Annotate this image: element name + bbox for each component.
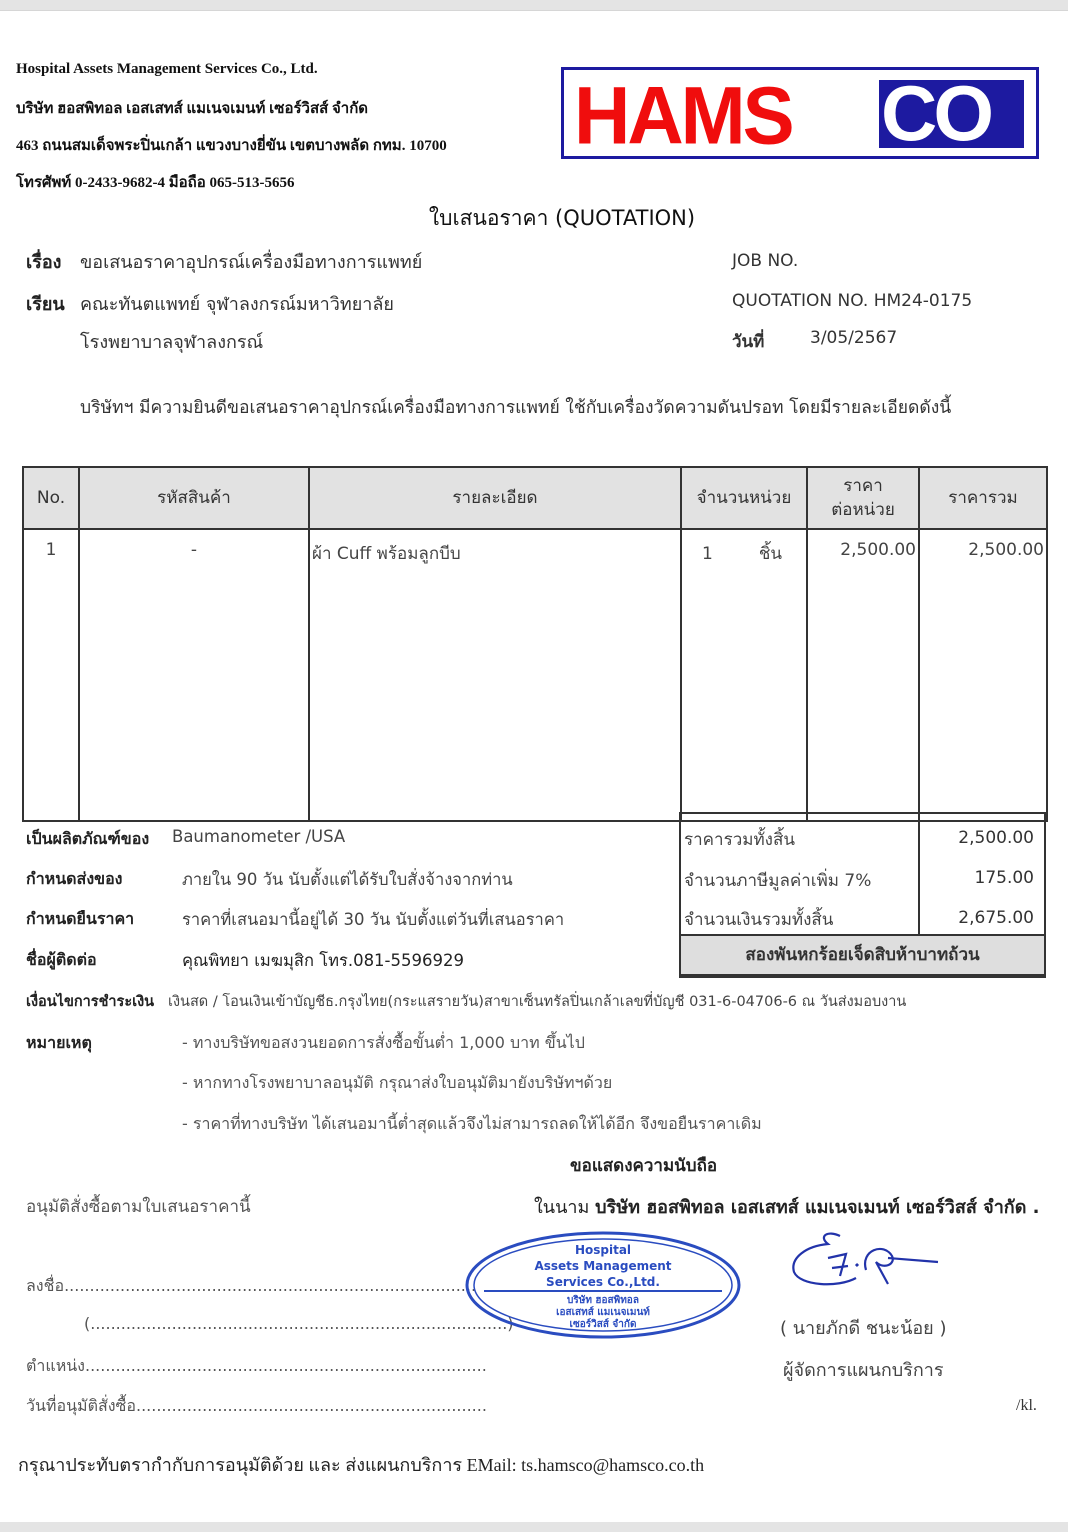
stamp-line-4: บริษัท ฮอสพิทอล [567,1294,639,1306]
qty-value: 1 [702,544,713,564]
subtotal-value: 2,500.00 [958,828,1034,848]
payment-label: เงื่อนไขการชำระเงิน [26,990,154,1013]
viewer-top-bar [0,0,1068,11]
cell-unit-price: 2,500.00 [807,529,919,821]
cell-no: 1 [23,529,79,821]
col-header-qty: จำนวนหน่วย [681,467,807,529]
company-address: 463 ถนนสมเด็จพระปิ่นเกล้า แขวงบางยี่ขัน … [16,133,447,157]
name-line: (.......................................… [84,1314,514,1333]
cell-desc: ผ้า Cuff พร้อมลูกบีบ [309,529,681,821]
totals-divider [918,814,920,934]
logo-blue-block: CO [879,80,1024,148]
document-title: ใบเสนอราคา (QUOTATION) [0,202,1068,235]
validity-label: กำหนดยืนราคา [26,907,134,932]
vat-value: 175.00 [975,868,1034,888]
subject-label: เรื่อง [26,247,61,276]
date-value: 3/05/2567 [810,328,897,348]
signer-position: ผู้จัดการแผนกบริการ [783,1355,944,1384]
contact-label: ชื่อผู้ติดต่อ [26,948,97,973]
date-label: วันที่ [732,328,764,355]
handwritten-signature-icon [788,1228,948,1298]
company-name-th: บริษัท ฮอสพิทอล เอสเสทส์ แมเนจเมนท์ เซอร… [16,96,368,120]
payment-value: เงินสด / โอนเงินเข้าบัญชีธ.กรุงไทย(กระแส… [168,990,906,1013]
brand-label: เป็นผลิตภัณฑ์ของ [26,827,149,852]
logo-blue-text: CO [881,74,990,152]
approval-date-line: วันที่อนุมัติสั่งซื้อ...................… [26,1394,487,1419]
col-header-total: ราคารวม [919,467,1047,529]
totals-box: ราคารวมทั้งสิ้น 2,500.00 จำนวนภาษีมูลค่า… [679,812,1046,978]
notes-label: หมายเหตุ [26,1031,92,1056]
table-header-row: No. รหัสสินค้า รายละเอียด จำนวนหน่วย ราค… [23,467,1047,529]
col-header-code: รหัสสินค้า [79,467,309,529]
on-behalf-company: บริษัท ฮอสพิทอล เอสเสทส์ แมเนจเมนท์ เซอร… [595,1197,1039,1218]
vat-label: จำนวนภาษีมูลค่าเพิ่ม 7% [684,867,871,894]
viewer-bottom-bar [0,1522,1068,1532]
logo-red-text: HAMS [574,74,792,156]
sign-line: ลงชื่อ..................................… [26,1274,476,1299]
footer-note: กรุณาประทับตรากำกับการอนุมัติด้วย และ ส่… [18,1450,704,1479]
to-label: เรียน [26,289,65,318]
grand-total-value: 2,675.00 [958,908,1034,928]
on-behalf-prefix: ในนาม [534,1197,589,1218]
contact-value: คุณพิทยา เมฆมุสิก โทร.081-5596929 [182,948,464,974]
stamp-line-2: Assets Management [534,1259,671,1273]
amount-in-words: สองพันหกร้อยเจ็ดสิบห้าบาทถ้วน [681,934,1044,976]
subtotal-label: ราคารวมทั้งสิ้น [684,826,795,853]
note-item-2: - หากทางโรงพยาบาลอนุมัติ กรุณาส่งใบอนุมั… [182,1071,612,1096]
position-line: ตำแหน่ง.................................… [26,1354,487,1379]
company-phone: โทรศัพท์ 0-2433-9682-4 มือถือ 065-513-56… [16,170,295,194]
cell-total: 2,500.00 [919,529,1047,821]
qty-unit: ชิ้น [759,540,782,567]
unit-price-header-line2: ต่อหน่วย [831,500,895,520]
on-behalf: ในนาม บริษัท ฮอสพิทอล เอสเสทส์ แมเนจเมนท… [534,1192,1040,1221]
signer-name: ( นายภักดี ชนะน้อย ) [780,1313,946,1342]
company-stamp-icon: Hospital Assets Management Services Co.,… [464,1230,742,1340]
unit-price-header-line1: ราคา [843,476,883,496]
validity-value: ราคาที่เสนอมานี้อยู่ได้ 30 วัน นับตั้งแต… [182,907,564,933]
hamsco-logo: HAMS CO [561,67,1039,159]
intro-text: บริษัทฯ มีความยินดีขอเสนอราคาอุปกรณ์เครื… [80,393,951,421]
col-header-no: No. [23,467,79,529]
typist-initials: /kl. [1016,1397,1037,1415]
note-item-3: - ราคาที่ทางบริษัท ได้เสนอมานี้ต่ำสุดแล้… [182,1112,762,1137]
company-name-en: Hospital Assets Management Services Co.,… [16,61,318,78]
stamp-line-1: Hospital [575,1243,631,1257]
delivery-value: ภายใน 90 วัน นับตั้งแต่ได้รับใบสั่งจ้างจ… [182,867,513,893]
stamp-line-3: Services Co.,Ltd. [546,1275,660,1289]
stamp-line-5: เอสเสทส์ แมเนจเมนท์ [556,1306,650,1318]
cell-qty: 1ชิ้น [681,529,807,821]
grand-total-label: จำนวนเงินรวมทั้งสิ้น [684,906,833,933]
regards-text: ขอแสดงความนับถือ [570,1152,717,1179]
items-table: No. รหัสสินค้า รายละเอียด จำนวนหน่วย ราค… [22,466,1048,822]
col-header-desc: รายละเอียด [309,467,681,529]
quotation-no: QUOTATION NO. HM24-0175 [732,291,972,311]
note-item-1: - ทางบริษัทขอสงวนยอดการสั่งซื้อขั้นต่ำ 1… [182,1031,585,1056]
to-line-1: คณะทันตแพทย์ จุฬาลงกรณ์มหาวิทยาลัย [80,289,394,318]
stamp-line-6: เซอร์วิสส์ จำกัด [570,1318,637,1330]
cell-code: - [79,529,309,821]
subject-value: ขอเสนอราคาอุปกรณ์เครื่องมือทางการแพทย์ [80,247,422,276]
col-header-unit-price: ราคาต่อหน่วย [807,467,919,529]
delivery-label: กำหนดส่งของ [26,867,122,892]
to-line-2: โรงพยาบาลจุฬาลงกรณ์ [80,327,263,356]
brand-value: Baumanometer /USA [172,827,345,846]
table-row: 1 - ผ้า Cuff พร้อมลูกบีบ 1ชิ้น 2,500.00 … [23,529,1047,821]
approve-label: อนุมัติสั่งซื้อตามใบเสนอราคานี้ [26,1193,251,1220]
job-no-label: JOB NO. [732,251,798,271]
